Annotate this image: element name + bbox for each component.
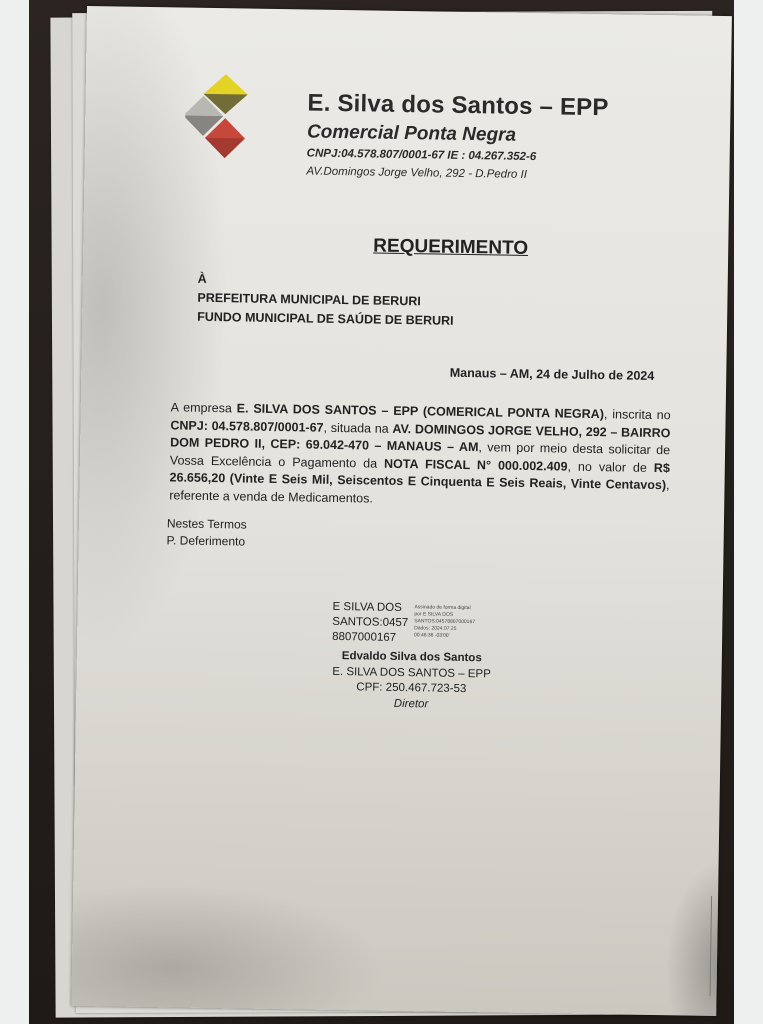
body-company: E. SILVA DOS SANTOS – EPP (COMERICAL PON… bbox=[237, 401, 604, 421]
sig-detail-line: 00:46:36 -03'00' bbox=[414, 632, 475, 640]
body-text: , situada na bbox=[323, 420, 392, 435]
cert-line: E SILVA DOS bbox=[332, 600, 408, 616]
recipient-block: À PREFEITURA MUNICIPAL DE BERURI FUNDO M… bbox=[197, 270, 454, 331]
page-fold-line bbox=[710, 896, 713, 996]
signer-role: Diretor bbox=[331, 695, 491, 713]
document-photo: E. Silva dos Santos – EPP Comercial Pont… bbox=[29, 0, 734, 1024]
closing-block: Nestes Termos P. Deferimento bbox=[166, 515, 246, 550]
body-text: A empresa bbox=[171, 400, 237, 415]
signer-block: Edvaldo Silva dos Santos E. SILVA DOS SA… bbox=[331, 649, 492, 714]
cert-line: SANTOS:0457 bbox=[332, 615, 408, 631]
document-title: REQUERIMENTO bbox=[373, 236, 528, 260]
signature-details: Assinado de forma digital por E SILVA DO… bbox=[414, 604, 475, 640]
certificate-name: E SILVA DOS SANTOS:0457 8807000167 bbox=[332, 600, 409, 646]
company-registration: CNPJ:04.578.807/0001-67 IE : 04.267.352-… bbox=[307, 147, 537, 163]
trade-name: Comercial Ponta Negra bbox=[307, 121, 516, 146]
body-cnpj: CNPJ: 04.578.807/0001-67 bbox=[170, 418, 323, 434]
signer-cpf: CPF: 250.467.723-53 bbox=[331, 680, 491, 698]
signer-name: Edvaldo Silva dos Santos bbox=[332, 649, 492, 667]
digital-signature: E SILVA DOS SANTOS:0457 8807000167 Assin… bbox=[331, 600, 553, 714]
cert-line: 8807000167 bbox=[332, 630, 408, 646]
document-date: Manaus – AM, 24 de Julho de 2024 bbox=[450, 366, 655, 383]
body-invoice-number: NOTA FISCAL N° 000.002.409 bbox=[384, 456, 568, 473]
document-page: E. Silva dos Santos – EPP Comercial Pont… bbox=[71, 6, 732, 1016]
closing-line-2: P. Deferimento bbox=[166, 532, 246, 550]
request-body: A empresa E. SILVA DOS SANTOS – EPP (COM… bbox=[169, 399, 671, 512]
closing-line-1: Nestes Termos bbox=[167, 515, 247, 533]
body-text: , inscrita no bbox=[604, 407, 671, 422]
company-address: AV.Domingos Jorge Velho, 292 - D.Pedro I… bbox=[306, 165, 527, 180]
recipient-line-2: FUNDO MUNICIPAL DE SAÚDE DE BERURI bbox=[197, 308, 454, 331]
company-logo-icon bbox=[185, 72, 256, 163]
company-name: E. Silva dos Santos – EPP bbox=[307, 89, 609, 122]
body-text: , no valor de bbox=[567, 459, 654, 474]
signature-certificate: E SILVA DOS SANTOS:0457 8807000167 Assin… bbox=[332, 600, 553, 648]
